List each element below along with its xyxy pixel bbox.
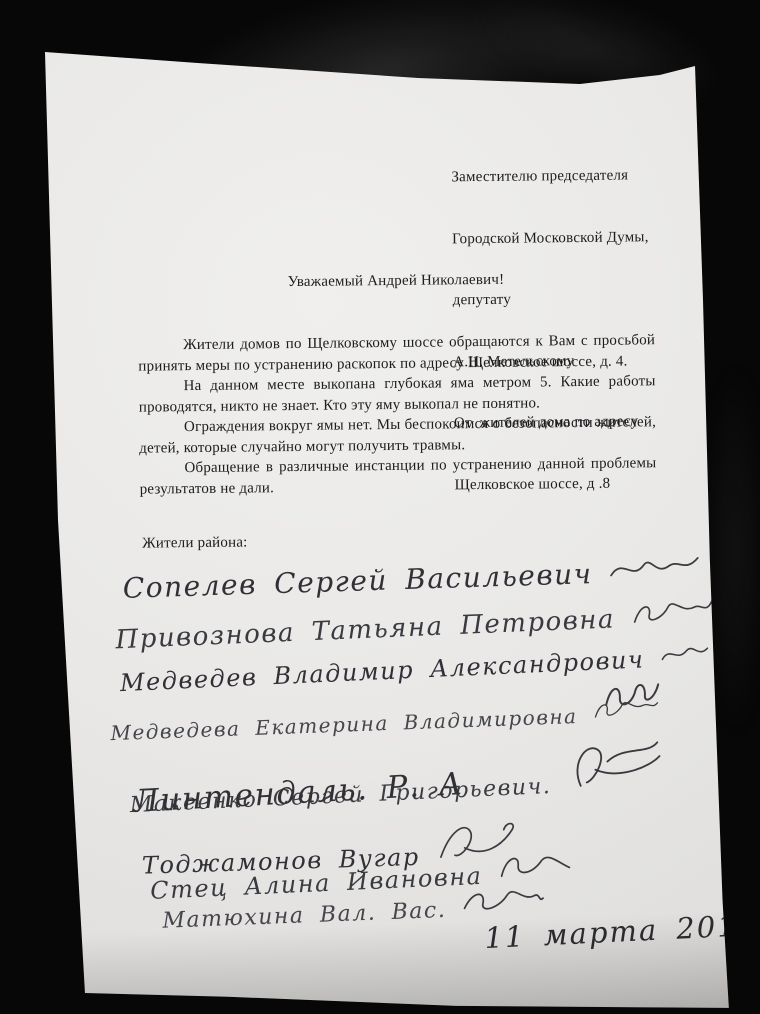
body-paragraph: Жители домов по Щелковскому шоссе обраща…	[138, 330, 655, 376]
recipient-line: А.Н. Метельскому	[453, 349, 693, 372]
date-text: 11 марта 2019 г.	[484, 906, 760, 956]
signature-name: Сопелев Сергей Васильевич	[122, 557, 593, 605]
signature-row: Макеенко Сергей Григорьевич.	[128, 732, 666, 818]
body-paragraph: Обращение в различные инстанции по устра…	[139, 453, 656, 499]
signature-name: Матюхина Вал. Вас.	[162, 898, 447, 934]
letter-photo: Заместителю председателя Городской Моско…	[0, 0, 760, 1014]
signature-flourish	[432, 812, 526, 871]
paper: Заместителю председателя Городской Моско…	[0, 0, 760, 1014]
body-paragraph: На данном месте выкопана глубокая яма ме…	[138, 371, 655, 417]
recipient-line: Городской Московской Думы,	[452, 226, 692, 249]
letter-content: Заместителю председателя Городской Моско…	[0, 0, 760, 1014]
recipient-block: Заместителю председателя Городской Моско…	[451, 124, 695, 536]
signature-flourish	[606, 547, 703, 590]
handwritten-date: 11 марта 2019 г.	[484, 906, 760, 956]
signature-flourish	[591, 689, 662, 728]
signature-flourish	[657, 636, 710, 672]
signature-flourish	[563, 732, 666, 798]
letter-body: Жители домов по Щелковскому шоссе обраща…	[138, 330, 657, 499]
signature-name: Тоджамонов Вугар	[142, 843, 421, 880]
signature-name: Медведева Екатерина Владимировна	[110, 704, 578, 745]
body-paragraph: Ограждения вокруг ямы нет. Мы беспокоимс…	[139, 412, 656, 458]
signature-name: Макеенко Сергей Григорьевич.	[129, 774, 552, 818]
signature-row: Тоджамонов Вугар	[141, 812, 526, 880]
signature-row: Матюхина Вал. Вас.	[161, 877, 546, 934]
signature-row: Медведев Владимир Александрович	[119, 636, 711, 697]
recipient-line: Щелковское шоссе, д .8	[455, 472, 695, 495]
signature-name: Линтендаль. Р. А	[132, 766, 464, 820]
signature-row: Медведева Екатерина Владимировна	[110, 689, 662, 745]
signature-row: Сопелев Сергей Васильевич	[122, 547, 703, 605]
recipient-line: депутату	[453, 288, 693, 311]
signature-flourish	[598, 669, 674, 720]
salutation: Уважаемый Андрей Николаевич!	[137, 268, 654, 294]
signature-row: Линтендаль. Р. А	[132, 766, 464, 820]
signature-row: Стец Алина Ивановна	[149, 842, 575, 905]
signature-flourish	[495, 842, 575, 889]
signature-name: Привознова Татьяна Петровна	[115, 604, 616, 655]
signature-flourish	[459, 877, 547, 922]
signature-row: Привознова Татьяна Петровна	[114, 588, 717, 655]
recipient-line: От жителей дома по адресу	[454, 411, 694, 434]
signature-flourish	[628, 588, 718, 634]
signature-name: Стец Алина Ивановна	[150, 862, 483, 905]
signature-name: Медведев Владимир Александрович	[119, 645, 645, 697]
signers-heading: Жители района:	[142, 532, 247, 554]
recipient-line: Заместителю председателя	[451, 165, 691, 188]
